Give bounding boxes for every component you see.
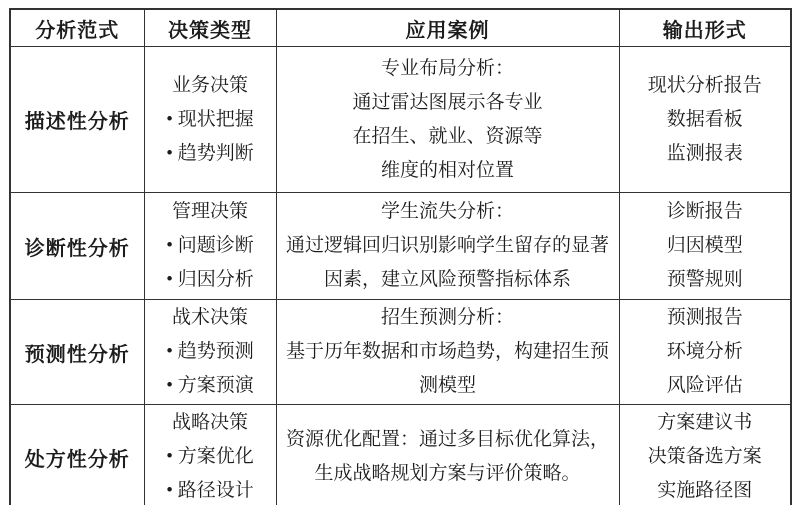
output-forms-cell: 预测报告 环境分析 风险评估 xyxy=(619,300,791,405)
cell-line: 数据看板 xyxy=(622,103,789,137)
cell-line: 方案建议书 xyxy=(622,406,789,440)
output-forms-cell: 诊断报告 归因模型 预警规则 xyxy=(619,193,791,300)
application-case-cell: 学生流失分析： 通过逻辑回归识别影响学生留存的显著 因素，建立风险预警指标体系 xyxy=(276,193,619,300)
cell-line: 监测报表 xyxy=(622,137,789,171)
cell-line: • 方案优化 xyxy=(147,440,274,474)
table-row: 预测性分析 战术决策 • 趋势预测 • 方案预演 招生预测分析： 基于历年数据和… xyxy=(10,300,791,405)
cell-line: 战术决策 xyxy=(147,301,274,335)
table-row: 处方性分析 战略决策 • 方案优化 • 路径设计 资源优化配置：通过多目标优化算… xyxy=(10,405,791,505)
paradigm-cell: 预测性分析 xyxy=(10,300,144,405)
cell-line: 战略决策 xyxy=(147,406,274,440)
cell-line: 业务决策 xyxy=(147,69,274,103)
cell-line: 测模型 xyxy=(279,369,617,403)
decision-type-cell: 战术决策 • 趋势预测 • 方案预演 xyxy=(144,300,276,405)
application-case-cell: 专业布局分析： 通过雷达图展示各专业 在招生、就业、资源等 维度的相对位置 xyxy=(276,47,619,193)
application-case-cell: 招生预测分析： 基于历年数据和市场趋势，构建招生预 测模型 xyxy=(276,300,619,405)
cell-line: 在招生、就业、资源等 xyxy=(279,120,617,154)
decision-type-cell: 管理决策 • 问题诊断 • 归因分析 xyxy=(144,193,276,300)
output-forms-cell: 现状分析报告 数据看板 监测报表 xyxy=(619,47,791,193)
col-header-output-form: 输出形式 xyxy=(619,9,791,47)
cell-line: 资源优化配置：通过多目标优化算法， xyxy=(279,423,617,457)
cell-line: 招生预测分析： xyxy=(279,301,617,335)
col-header-paradigm: 分析范式 xyxy=(10,9,144,47)
cell-line: 预测报告 xyxy=(622,301,789,335)
col-header-decision-type: 决策类型 xyxy=(144,9,276,47)
cell-line: • 趋势判断 xyxy=(147,137,274,171)
cell-line: 环境分析 xyxy=(622,335,789,369)
cell-line: 通过逻辑回归识别影响学生留存的显著 xyxy=(279,229,617,263)
cell-line: 维度的相对位置 xyxy=(279,154,617,188)
analysis-paradigm-table: 分析范式 决策类型 应用案例 输出形式 描述性分析 业务决策 • 现状把握 • … xyxy=(9,8,792,505)
cell-line: 基于历年数据和市场趋势，构建招生预 xyxy=(279,335,617,369)
cell-line: 学生流失分析： xyxy=(279,195,617,229)
cell-line: 因素，建立风险预警指标体系 xyxy=(279,263,617,297)
paradigm-cell: 描述性分析 xyxy=(10,47,144,193)
cell-line: 通过雷达图展示各专业 xyxy=(279,86,617,120)
cell-line: 决策备选方案 xyxy=(622,440,789,474)
decision-type-cell: 战略决策 • 方案优化 • 路径设计 xyxy=(144,405,276,505)
cell-line: 专业布局分析： xyxy=(279,52,617,86)
cell-line: • 路径设计 xyxy=(147,474,274,505)
document-page: 分析范式 决策类型 应用案例 输出形式 描述性分析 业务决策 • 现状把握 • … xyxy=(0,0,799,505)
decision-type-cell: 业务决策 • 现状把握 • 趋势判断 xyxy=(144,47,276,193)
cell-line: 诊断报告 xyxy=(622,195,789,229)
application-case-cell: 资源优化配置：通过多目标优化算法， 生成战略规划方案与评价策略。 xyxy=(276,405,619,505)
cell-line: • 现状把握 xyxy=(147,103,274,137)
cell-line: 风险评估 xyxy=(622,369,789,403)
cell-line: • 问题诊断 xyxy=(147,229,274,263)
table-header-row: 分析范式 决策类型 应用案例 输出形式 xyxy=(10,9,791,47)
cell-line: 生成战略规划方案与评价策略。 xyxy=(279,457,617,491)
col-header-application-case: 应用案例 xyxy=(276,9,619,47)
cell-line: 预警规则 xyxy=(622,263,789,297)
cell-line: 归因模型 xyxy=(622,229,789,263)
cell-line: 现状分析报告 xyxy=(622,69,789,103)
cell-line: • 趋势预测 xyxy=(147,335,274,369)
paradigm-cell: 处方性分析 xyxy=(10,405,144,505)
table-row: 诊断性分析 管理决策 • 问题诊断 • 归因分析 学生流失分析： 通过逻辑回归识… xyxy=(10,193,791,300)
output-forms-cell: 方案建议书 决策备选方案 实施路径图 xyxy=(619,405,791,505)
table-row: 描述性分析 业务决策 • 现状把握 • 趋势判断 专业布局分析： 通过雷达图展示… xyxy=(10,47,791,193)
paradigm-cell: 诊断性分析 xyxy=(10,193,144,300)
cell-line: • 归因分析 xyxy=(147,263,274,297)
cell-line: 实施路径图 xyxy=(622,474,789,505)
cell-line: 管理决策 xyxy=(147,195,274,229)
cell-line: • 方案预演 xyxy=(147,369,274,403)
